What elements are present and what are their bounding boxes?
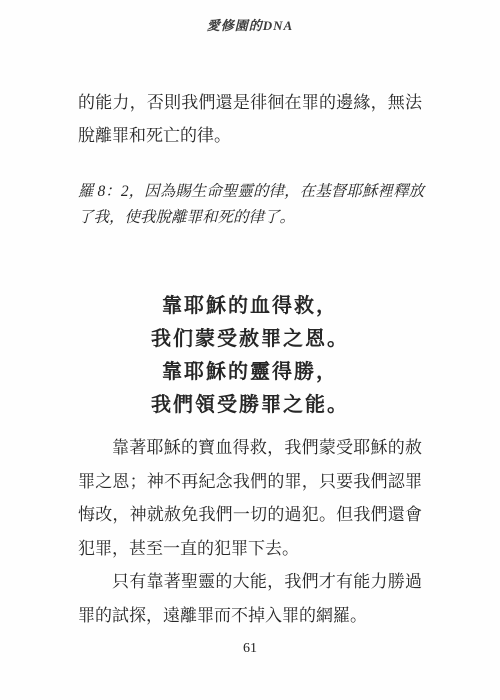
running-header: 愛修園的DNA bbox=[0, 15, 500, 34]
poem-line-4: 我們領受勝罪之能。 bbox=[0, 389, 500, 422]
poem-line-1: 靠耶穌的血得救， bbox=[0, 290, 500, 323]
scripture-quote: 羅 8：2，因為賜生命聖靈的律，在基督耶穌裡釋放了我，使我脫離罪和死的律了。 bbox=[78, 179, 424, 231]
page-number: 61 bbox=[0, 641, 500, 657]
body-text-block: 靠著耶穌的寶血得救，我們蒙受耶穌的赦罪之恩；神不再紀念我們的罪，只要我們認罪悔改… bbox=[78, 431, 422, 632]
book-page: 愛修園的DNA 的能力，否則我們還是徘徊在罪的邊緣，無法脫離罪和死亡的律。 羅 … bbox=[0, 0, 500, 700]
poem-line-3: 靠耶穌的靈得勝， bbox=[0, 356, 500, 389]
poem-line-2: 我们蒙受赦罪之恩。 bbox=[0, 323, 500, 356]
paragraph-2: 靠著耶穌的寶血得救，我們蒙受耶穌的赦罪之恩；神不再紀念我們的罪，只要我們認罪悔改… bbox=[78, 431, 422, 565]
paragraph-continuation: 的能力，否則我們還是徘徊在罪的邊緣，無法脫離罪和死亡的律。 bbox=[78, 86, 422, 152]
poem-block: 靠耶穌的血得救， 我们蒙受赦罪之恩。 靠耶穌的靈得勝， 我們領受勝罪之能。 bbox=[0, 290, 500, 422]
paragraph-3: 只有靠著聖靈的大能，我們才有能力勝過罪的試探，遠離罪而不掉入罪的網羅。 bbox=[78, 565, 422, 632]
